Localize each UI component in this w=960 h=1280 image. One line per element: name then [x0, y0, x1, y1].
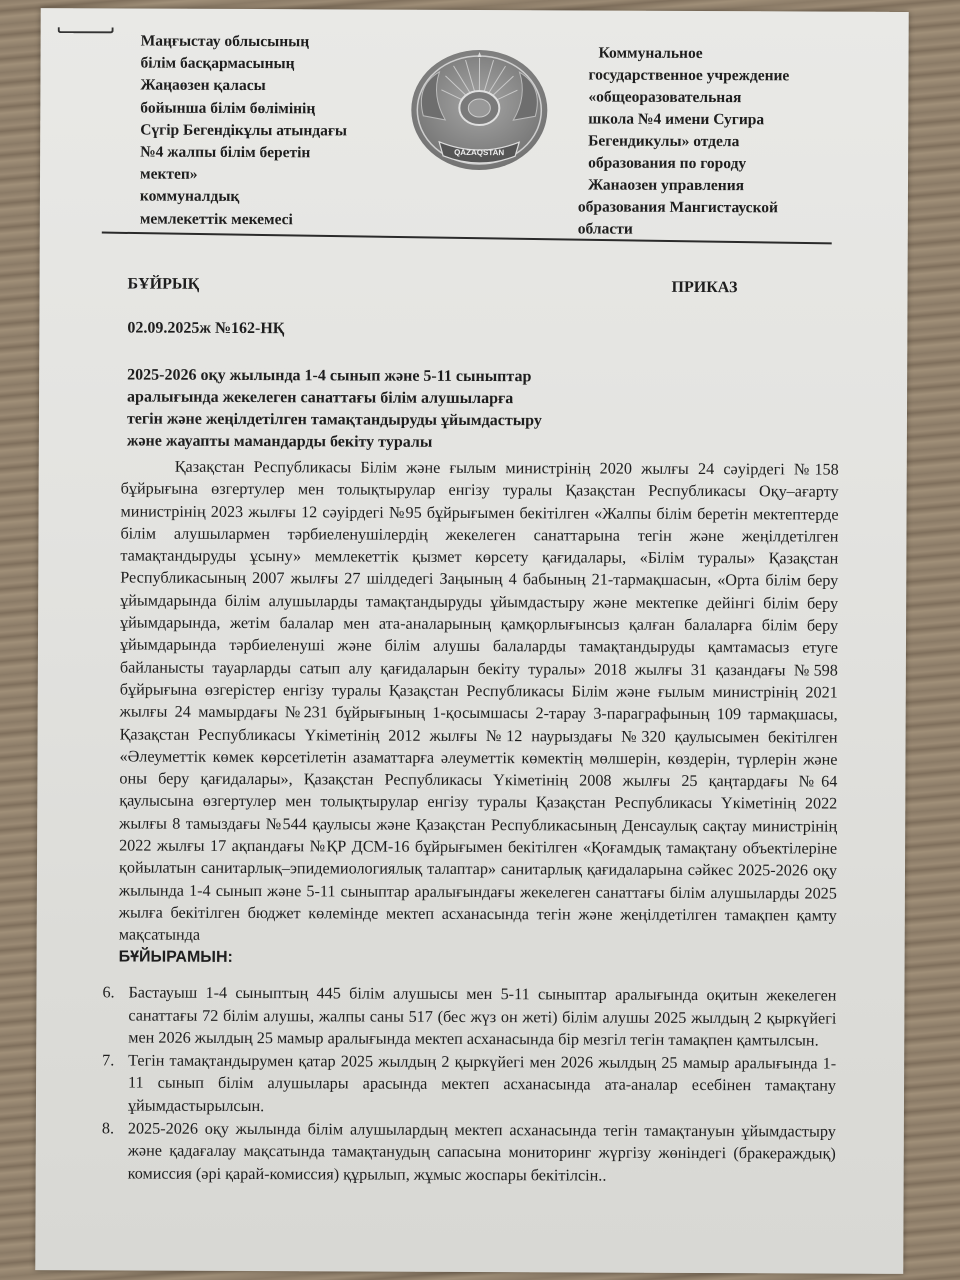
header-right-line: «общеоразовательная [578, 86, 838, 109]
header-left-line: мемлекеттік мекемесі [140, 208, 400, 231]
header-left-line: №4 жалпы білім беретін [140, 142, 400, 165]
preamble-section: Қазақстан Республикасы Білім және ғылым … [119, 455, 839, 971]
header-left-line: Маңғыстау облысының [141, 31, 401, 54]
item-text: Тегін тамақтандырумен қатар 2025 жылдың … [128, 1049, 836, 1120]
order-title: 2025-2026 оқу жылында 1-4 сынып және 5-1… [127, 364, 627, 454]
header-left-line: Жаңаөзен қаласы [140, 75, 400, 98]
header-right-line: школа №4 имени Сугира [578, 108, 838, 131]
header-right-line: Жанаозен управления [578, 174, 838, 197]
header-russian-institution: Коммунальное государственное учреждение … [578, 42, 839, 241]
order-items-list: 6. Бастауыш 1-4 сыныптың 445 білім алушы… [102, 981, 837, 1188]
item-number: 8. [102, 1117, 128, 1185]
header-left-line: бойынша білім бөлімінің [140, 97, 400, 120]
header-right-line: Бегендикулы» отдела [578, 130, 838, 153]
header-kazakh-institution: Маңғыстау облысының білім басқармасының … [140, 31, 401, 232]
header-left-line: коммуналдық [140, 186, 400, 209]
header-right-line: образования по городу [578, 152, 838, 175]
order-item: 6. Бастауыш 1-4 сыныптың 445 білім алушы… [102, 981, 836, 1052]
order-item: 7. Тегін тамақтандырумен қатар 2025 жылд… [102, 1049, 836, 1120]
item-text: Бастауыш 1-4 сыныптың 445 білім алушысы … [128, 982, 836, 1053]
header-left-line: Сүгір Бегендікұлы атындағы [140, 119, 400, 142]
item-number: 6. [102, 981, 128, 1049]
order-item: 8. 2025-2026 оқу жылында білім алушылард… [102, 1117, 836, 1188]
document-page: Маңғыстау облысының білім басқармасының … [35, 8, 908, 1274]
title-line: аралығында жекелеген санаттағы білім алу… [127, 386, 627, 410]
header-right-line: государственное учреждение [578, 64, 838, 87]
item-number: 7. [102, 1049, 128, 1117]
title-line: 2025-2026 оқу жылында 1-4 сынып және 5-1… [127, 364, 627, 388]
title-line: және жауапты мамандарды бекіту туралы [127, 430, 627, 454]
order-label-kazakh: БҰЙРЫҚ [128, 275, 200, 293]
staple-mark [58, 27, 114, 33]
header-left-line: мектеп» [140, 164, 400, 187]
item-text: 2025-2026 оқу жылында білім алушылардың … [128, 1117, 836, 1188]
header-right-line: образования Мангистауской [578, 196, 838, 219]
preamble-paragraph: Қазақстан Республикасы Білім және ғылым … [119, 455, 839, 949]
order-command: БҰЙЫРАМЫН: [119, 946, 837, 971]
header-left-line: білім басқармасының [140, 53, 400, 76]
kazakhstan-emblem-icon: QAZAQSTAN [405, 46, 554, 179]
title-line: тегін және жеңілдетілген тамақтандыруды … [127, 408, 627, 432]
svg-text:QAZAQSTAN: QAZAQSTAN [454, 148, 504, 157]
order-date-number: 02.09.2025ж №162-НҚ [127, 319, 284, 338]
header-right-line: области [578, 218, 838, 241]
header-right-line: Коммунальное [579, 42, 839, 65]
order-label-russian: ПРИКАЗ [672, 279, 738, 297]
